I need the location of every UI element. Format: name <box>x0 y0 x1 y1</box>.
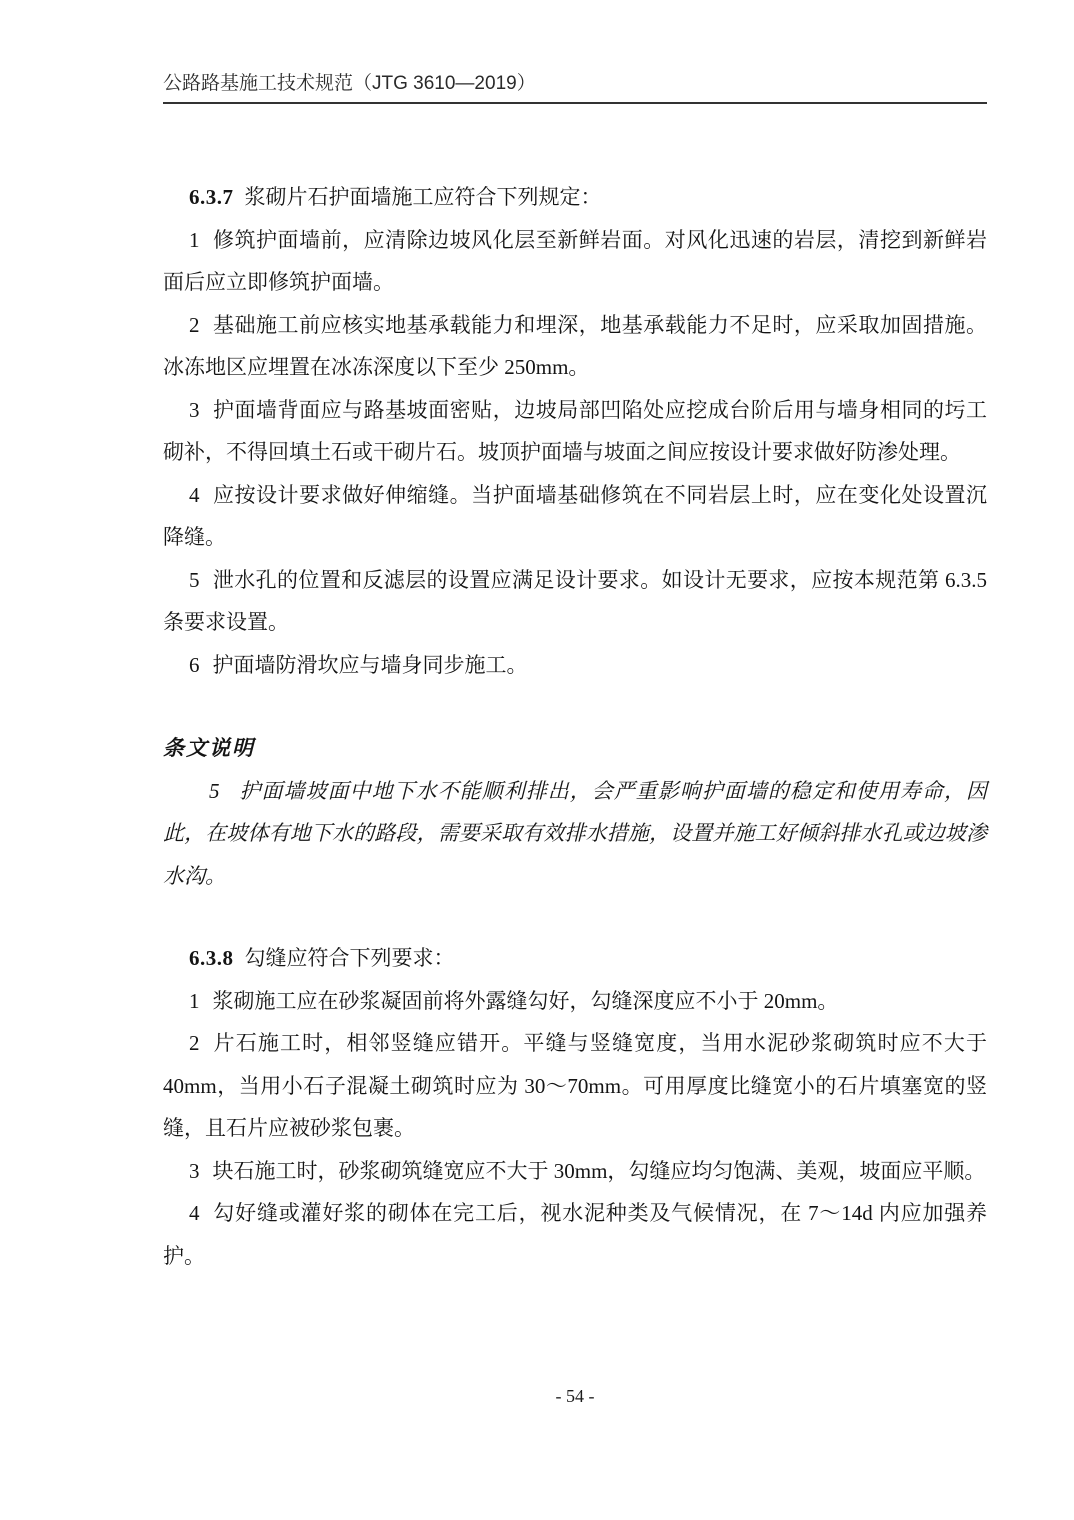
item-number: 6 <box>189 653 200 677</box>
commentary-item: 5护面墙坡面中地下水不能顺利排出，会严重影响护面墙的稳定和使用寿命，因此，在坡体… <box>163 770 987 898</box>
clause-item: 5泄水孔的位置和反滤层的设置应满足设计要求。如设计无要求，应按本规范第 6.3.… <box>163 559 987 644</box>
item-number: 3 <box>189 1159 200 1183</box>
clause-6-3-8-section: 6.3.8勾缝应符合下列要求： 1浆砌施工应在砂浆凝固前将外露缝勾好，勾缝深度应… <box>163 937 987 1277</box>
page-number-text: - 54 - <box>556 1386 595 1406</box>
clause-item: 6护面墙防滑坎应与墙身同步施工。 <box>163 644 987 687</box>
item-number: 4 <box>189 483 200 507</box>
clause-item: 1修筑护面墙前，应清除边坡风化层至新鲜岩面。对风化迅速的岩层，清挖到新鲜岩面后应… <box>163 219 987 304</box>
item-number: 2 <box>189 1031 200 1055</box>
item-number: 1 <box>189 228 200 252</box>
clause-item: 3块石施工时，砂浆砌筑缝宽应不大于 30mm，勾缝应均匀饱满、美观，坡面应平顺。 <box>163 1150 987 1193</box>
item-text: 勾好缝或灌好浆的砌体在完工后，视水泥种类及气候情况，在 7～14d 内应加强养护… <box>163 1201 987 1268</box>
item-number: 2 <box>189 313 200 337</box>
item-number: 5 <box>209 779 220 803</box>
clause-item: 1浆砌施工应在砂浆凝固前将外露缝勾好，勾缝深度应不小于 20mm。 <box>163 980 987 1023</box>
commentary-heading: 条文说明 <box>163 727 987 770</box>
item-text: 浆砌施工应在砂浆凝固前将外露缝勾好，勾缝深度应不小于 20mm。 <box>213 989 839 1013</box>
item-text: 护面墙背面应与路基坡面密贴，边坡局部凹陷处应挖成台阶后用与墙身相同的圬工砌补，不… <box>163 398 987 465</box>
item-number: 3 <box>189 398 200 422</box>
item-text: 应按设计要求做好伸缩缝。当护面墙基础修筑在不同岩层上时，应在变化处设置沉降缝。 <box>163 483 987 550</box>
clause-item: 4应按设计要求做好伸缩缝。当护面墙基础修筑在不同岩层上时，应在变化处设置沉降缝。 <box>163 474 987 559</box>
document-page: 公路路基施工技术规范（JTG 3610—2019） 6.3.7浆砌片石护面墙施工… <box>0 0 1074 1520</box>
clause-number: 6.3.7 <box>189 185 234 209</box>
clause-title: 勾缝应符合下列要求： <box>245 946 455 970</box>
clause-number: 6.3.8 <box>189 946 234 970</box>
item-text: 基础施工前应核实地基承载能力和埋深，地基承载能力不足时，应采取加固措施。冰冻地区… <box>163 313 987 380</box>
item-text: 护面墙防滑坎应与墙身同步施工。 <box>213 653 528 677</box>
page-body: 6.3.7浆砌片石护面墙施工应符合下列规定： 1修筑护面墙前，应清除边坡风化层至… <box>163 176 987 1277</box>
clause-item: 2基础施工前应核实地基承载能力和埋深，地基承载能力不足时，应采取加固措施。冰冻地… <box>163 304 987 389</box>
clause-title: 浆砌片石护面墙施工应符合下列规定： <box>245 185 602 209</box>
clause-item: 3护面墙背面应与路基坡面密贴，边坡局部凹陷处应挖成台阶后用与墙身相同的圬工砌补，… <box>163 389 987 474</box>
clause-heading-6-3-7: 6.3.7浆砌片石护面墙施工应符合下列规定： <box>163 176 987 219</box>
item-text: 块石施工时，砂浆砌筑缝宽应不大于 30mm，勾缝应均匀饱满、美观，坡面应平顺。 <box>213 1159 986 1183</box>
item-text: 护面墙坡面中地下水不能顺利排出，会严重影响护面墙的稳定和使用寿命，因此，在坡体有… <box>163 779 987 888</box>
commentary-section: 条文说明 5护面墙坡面中地下水不能顺利排出，会严重影响护面墙的稳定和使用寿命，因… <box>163 727 987 897</box>
item-number: 1 <box>189 989 200 1013</box>
item-number: 5 <box>189 568 200 592</box>
clause-item: 4勾好缝或灌好浆的砌体在完工后，视水泥种类及气候情况，在 7～14d 内应加强养… <box>163 1192 987 1277</box>
clause-heading-6-3-8: 6.3.8勾缝应符合下列要求： <box>163 937 987 980</box>
clause-item: 2片石施工时，相邻竖缝应错开。平缝与竖缝宽度，当用水泥砂浆砌筑时应不大于 40m… <box>163 1022 987 1150</box>
item-text: 修筑护面墙前，应清除边坡风化层至新鲜岩面。对风化迅速的岩层，清挖到新鲜岩面后应立… <box>163 228 987 295</box>
item-text: 片石施工时，相邻竖缝应错开。平缝与竖缝宽度，当用水泥砂浆砌筑时应不大于 40mm… <box>163 1031 987 1140</box>
item-text: 泄水孔的位置和反滤层的设置应满足设计要求。如设计无要求，应按本规范第 6.3.5… <box>163 568 987 635</box>
page-number: - 54 - <box>163 1386 987 1407</box>
item-number: 4 <box>189 1201 200 1225</box>
document-title: 公路路基施工技术规范（JTG 3610—2019） <box>163 73 536 94</box>
clause-6-3-7-section: 6.3.7浆砌片石护面墙施工应符合下列规定： 1修筑护面墙前，应清除边坡风化层至… <box>163 176 987 686</box>
running-header: 公路路基施工技术规范（JTG 3610—2019） <box>163 72 987 104</box>
